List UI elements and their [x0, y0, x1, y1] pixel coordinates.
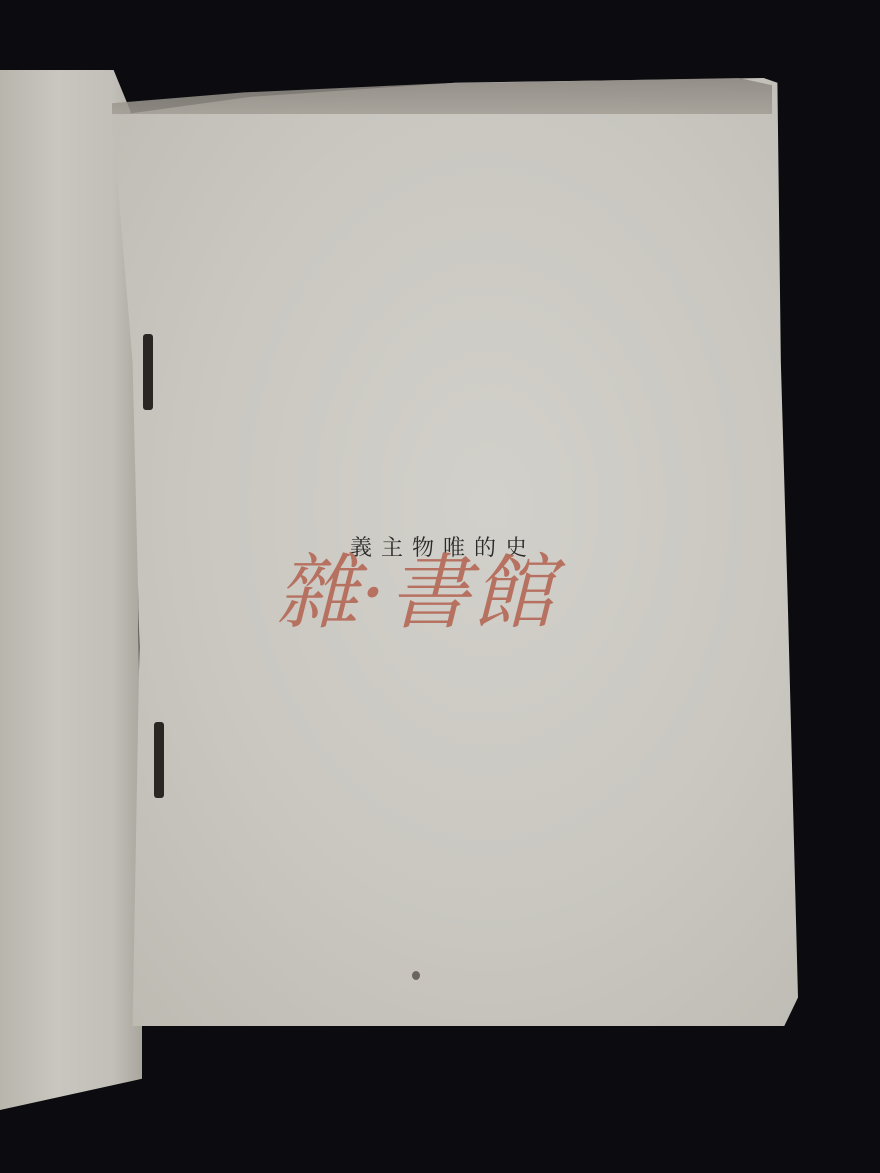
binding-hole-upper: [143, 334, 153, 410]
left-page: [0, 70, 142, 1110]
paper-stain: [412, 971, 420, 980]
page-top-edge: [112, 78, 772, 114]
binding-hole-lower: [154, 722, 164, 798]
watermark-text: 雜·書館: [276, 528, 616, 645]
